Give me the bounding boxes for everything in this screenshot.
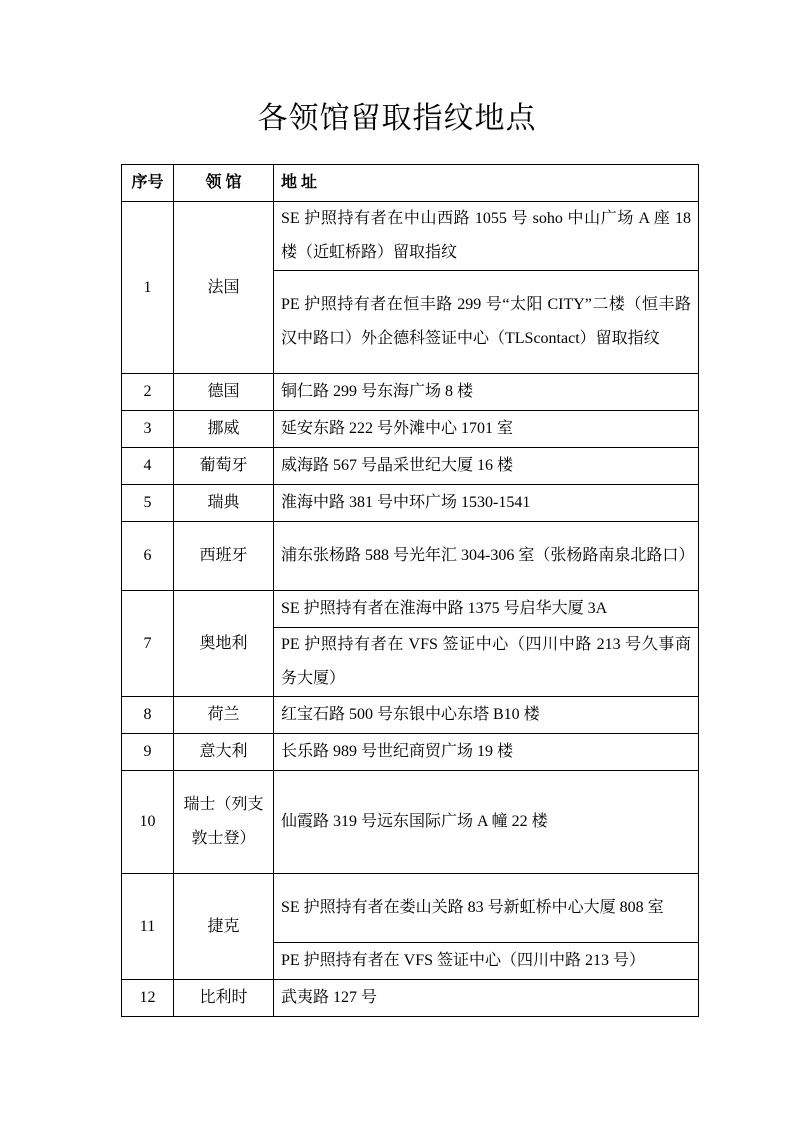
row-address: PE 护照持有者在恒丰路 299 号“太阳 CITY”二楼（恒丰路汉中路口）外企… (274, 271, 699, 374)
row-consulate: 比利时 (174, 980, 274, 1017)
row-no: 9 (122, 734, 174, 771)
table-row: 3 挪威 延安东路 222 号外滩中心 1701 室 (122, 411, 699, 448)
row-address: 仙霞路 319 号远东国际广场 A 幢 22 楼 (274, 771, 699, 874)
row-consulate: 意大利 (174, 734, 274, 771)
row-address: SE 护照持有者在中山西路 1055 号 soho 中山广场 A 座 18 楼（… (274, 202, 699, 271)
row-address: PE 护照持有者在 VFS 签证中心（四川中路 213 号） (274, 943, 699, 980)
row-address: 红宝石路 500 号东银中心东塔 B10 楼 (274, 697, 699, 734)
table-row: 5 瑞典 淮海中路 381 号中环广场 1530-1541 (122, 485, 699, 522)
row-address: 淮海中路 381 号中环广场 1530-1541 (274, 485, 699, 522)
row-consulate: 葡萄牙 (174, 448, 274, 485)
row-no: 1 (122, 202, 174, 374)
row-no: 5 (122, 485, 174, 522)
header-consulate: 领 馆 (174, 165, 274, 202)
table-row: 4 葡萄牙 威海路 567 号晶采世纪大厦 16 楼 (122, 448, 699, 485)
row-consulate: 法国 (174, 202, 274, 374)
row-no: 2 (122, 374, 174, 411)
table-row: 7 奥地利 SE 护照持有者在淮海中路 1375 号启华大厦 3A (122, 591, 699, 628)
table-row: 10 瑞士（列支敦士登） 仙霞路 319 号远东国际广场 A 幢 22 楼 (122, 771, 699, 874)
row-address: SE 护照持有者在淮海中路 1375 号启华大厦 3A (274, 591, 699, 628)
row-no: 3 (122, 411, 174, 448)
table-row: 8 荷兰 红宝石路 500 号东银中心东塔 B10 楼 (122, 697, 699, 734)
consulate-table: 序号 领 馆 地 址 1 法国 SE 护照持有者在中山西路 1055 号 soh… (121, 164, 699, 1017)
page-title: 各领馆留取指纹地点 (0, 93, 794, 137)
row-consulate: 瑞典 (174, 485, 274, 522)
table-row: 9 意大利 长乐路 989 号世纪商贸广场 19 楼 (122, 734, 699, 771)
row-no: 7 (122, 591, 174, 697)
row-no: 6 (122, 522, 174, 591)
row-address: 浦东张杨路 588 号光年汇 304-306 室（张杨路南泉北路口） (274, 522, 699, 591)
header-row: 序号 领 馆 地 址 (122, 165, 699, 202)
header-no: 序号 (122, 165, 174, 202)
row-address: 长乐路 989 号世纪商贸广场 19 楼 (274, 734, 699, 771)
table-row: 12 比利时 武夷路 127 号 (122, 980, 699, 1017)
row-consulate: 挪威 (174, 411, 274, 448)
row-no: 8 (122, 697, 174, 734)
row-consulate: 捷克 (174, 874, 274, 980)
row-consulate: 奥地利 (174, 591, 274, 697)
row-no: 4 (122, 448, 174, 485)
row-consulate: 瑞士（列支敦士登） (174, 771, 274, 874)
row-address: 铜仁路 299 号东海广场 8 楼 (274, 374, 699, 411)
row-address: SE 护照持有者在娄山关路 83 号新虹桥中心大厦 808 室 (274, 874, 699, 943)
row-consulate: 西班牙 (174, 522, 274, 591)
table-row: 1 法国 SE 护照持有者在中山西路 1055 号 soho 中山广场 A 座 … (122, 202, 699, 271)
row-consulate: 荷兰 (174, 697, 274, 734)
row-no: 10 (122, 771, 174, 874)
row-no: 11 (122, 874, 174, 980)
row-address: 延安东路 222 号外滩中心 1701 室 (274, 411, 699, 448)
row-address: PE 护照持有者在 VFS 签证中心（四川中路 213 号久事商务大厦） (274, 628, 699, 697)
table-row: 11 捷克 SE 护照持有者在娄山关路 83 号新虹桥中心大厦 808 室 (122, 874, 699, 943)
row-address: 武夷路 127 号 (274, 980, 699, 1017)
table-row: 6 西班牙 浦东张杨路 588 号光年汇 304-306 室（张杨路南泉北路口） (122, 522, 699, 591)
table-row: 2 德国 铜仁路 299 号东海广场 8 楼 (122, 374, 699, 411)
row-address: 威海路 567 号晶采世纪大厦 16 楼 (274, 448, 699, 485)
header-address: 地 址 (274, 165, 699, 202)
row-consulate: 德国 (174, 374, 274, 411)
row-no: 12 (122, 980, 174, 1017)
